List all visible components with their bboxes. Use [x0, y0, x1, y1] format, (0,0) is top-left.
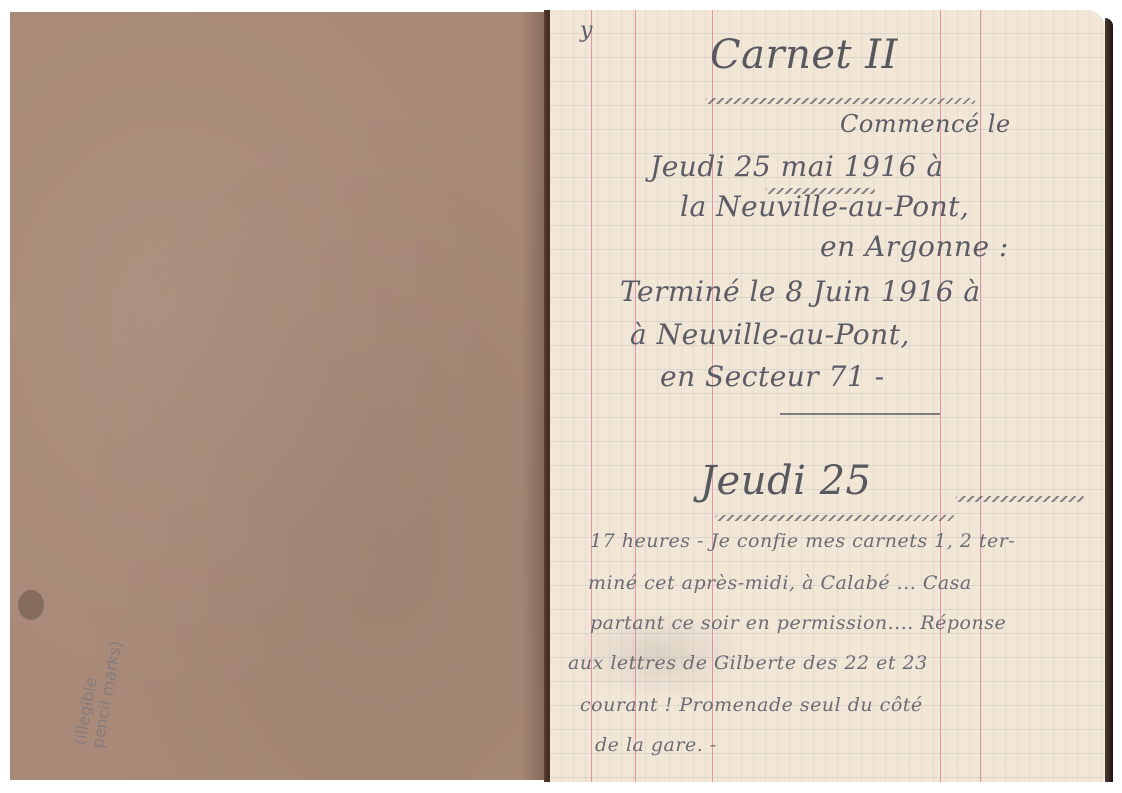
page-edge: [1105, 18, 1113, 782]
heading-flourish: [955, 496, 1085, 502]
entry-line: 17 heures - Je confie mes carnets 1, 2 t…: [590, 530, 1015, 552]
header-line: la Neuville-au-Pont,: [680, 190, 969, 223]
header-line: à Neuville-au-Pont,: [630, 318, 910, 351]
stain: [18, 590, 44, 620]
cover-pencil-marks: (illegible pencil marks): [71, 635, 179, 759]
notebook-title: Carnet II: [710, 32, 898, 78]
title-underline: [705, 98, 975, 104]
notebook-spread: (illegible pencil marks) y Carnet II Com…: [10, 10, 1110, 782]
entry-line: courant ! Promenade seul du côté: [580, 694, 923, 716]
header-line: en Argonne :: [820, 230, 1009, 263]
header-line: en Secteur 71 -: [660, 360, 885, 393]
section-divider: [780, 413, 940, 415]
entry-line: miné cet après-midi, à Calabé ... Casa: [588, 572, 972, 594]
entry-line: de la gare. -: [595, 734, 717, 756]
entry-heading: Jeudi 25: [700, 458, 871, 504]
header-line: Terminé le 8 Juin 1916 à: [620, 275, 981, 308]
heading-underline: [715, 515, 955, 521]
ruled-page: y Carnet II Commencé le Jeudi 25 mai 191…: [550, 10, 1105, 782]
entry-line: partant ce soir en permission.... Répons…: [590, 612, 1006, 634]
header-line: Commencé le: [840, 110, 1011, 138]
corner-mark: y: [580, 18, 593, 43]
inside-cover: (illegible pencil marks): [10, 12, 547, 780]
entry-line: aux lettres de Gilberte des 22 et 23: [568, 652, 928, 674]
header-line: Jeudi 25 mai 1916 à: [650, 150, 944, 183]
